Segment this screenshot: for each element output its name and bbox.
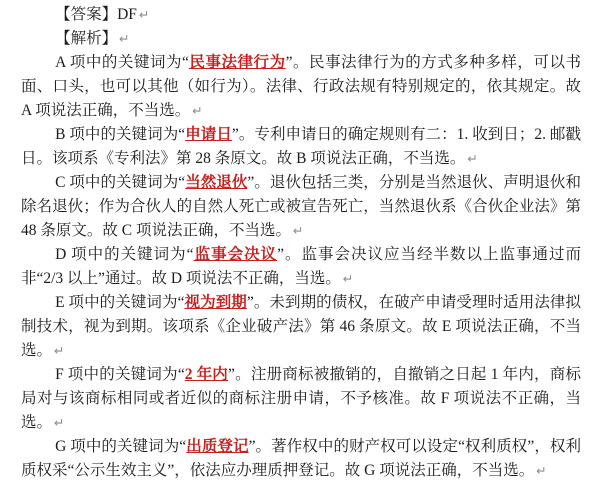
analysis-item-a: A 项中的关键词为“民事法律行为”。民事法律行为的方式多种多样，可以书面、口头，… xyxy=(21,51,581,123)
item-text-pre: D 项中的关键词为“ xyxy=(55,246,193,263)
item-text-pre: G 项中的关键词为“ xyxy=(55,438,186,455)
analysis-item-e: E 项中的关键词为“视为到期”。未到期的债权，在破产申请受理时适用法律拟制技术，… xyxy=(21,291,581,363)
item-text-pre: E 项中的关键词为“ xyxy=(55,294,184,311)
item-text-pre: F 项中的关键词为“ xyxy=(55,366,185,383)
document-page: 【答案】DF↵ 【解析】↵ A 项中的关键词为“民事法律行为”。民事法律行为的方… xyxy=(0,0,593,486)
paragraph-mark-icon: ↵ xyxy=(117,31,129,46)
item-text-pre: A 项中的关键词为“ xyxy=(55,54,189,71)
analysis-item-g: G 项中的关键词为“出质登记”。著作权中的财产权可以设定“权利质权”，权利质权采… xyxy=(21,435,581,483)
paragraph-mark-icon: ↵ xyxy=(534,463,546,478)
analysis-label: 【解析】 xyxy=(55,30,117,47)
paragraph-mark-icon: ↵ xyxy=(137,7,149,22)
answer-value: DF xyxy=(117,6,137,23)
paragraph-mark-icon: ↵ xyxy=(341,271,353,286)
paragraph-mark-icon: ↵ xyxy=(465,151,477,166)
item-keyword: 视为到期 xyxy=(184,294,246,311)
analysis-item-b: B 项中的关键词为“申请日”。专利申请日的确定规则有二：1. 收到日；2. 邮戳… xyxy=(21,123,581,171)
analysis-item-d: D 项中的关键词为“监事会决议”。监事会决议应当经半数以上监事通过而非“2/3 … xyxy=(21,243,581,291)
paragraph-mark-icon: ↵ xyxy=(52,343,64,358)
item-keyword: 出质登记 xyxy=(186,438,248,455)
analysis-item-f: F 项中的关键词为“2 年内”。注册商标被撤销的，自撤销之日起 1 年内，商标局… xyxy=(21,363,581,435)
item-text-pre: B 项中的关键词为“ xyxy=(55,126,185,143)
paragraph-mark-icon: ↵ xyxy=(190,103,202,118)
analysis-heading-line: 【解析】↵ xyxy=(21,27,581,51)
item-keyword: 民事法律行为 xyxy=(189,54,286,71)
item-keyword: 申请日 xyxy=(185,126,232,143)
item-keyword: 当然退伙 xyxy=(185,174,247,191)
paragraph-mark-icon: ↵ xyxy=(291,223,303,238)
item-keyword: 监事会决议 xyxy=(194,246,278,263)
item-keyword: 2 年内 xyxy=(185,366,228,383)
answer-label: 【答案】 xyxy=(55,6,117,23)
item-text-pre: C 项中的关键词为“ xyxy=(55,174,185,191)
paragraph-mark-icon: ↵ xyxy=(52,415,64,430)
analysis-item-c: C 项中的关键词为“当然退伙”。退伙包括三类，分别是当然退伙、声明退伙和除名退伙… xyxy=(21,171,581,243)
answer-line: 【答案】DF↵ xyxy=(21,3,581,27)
